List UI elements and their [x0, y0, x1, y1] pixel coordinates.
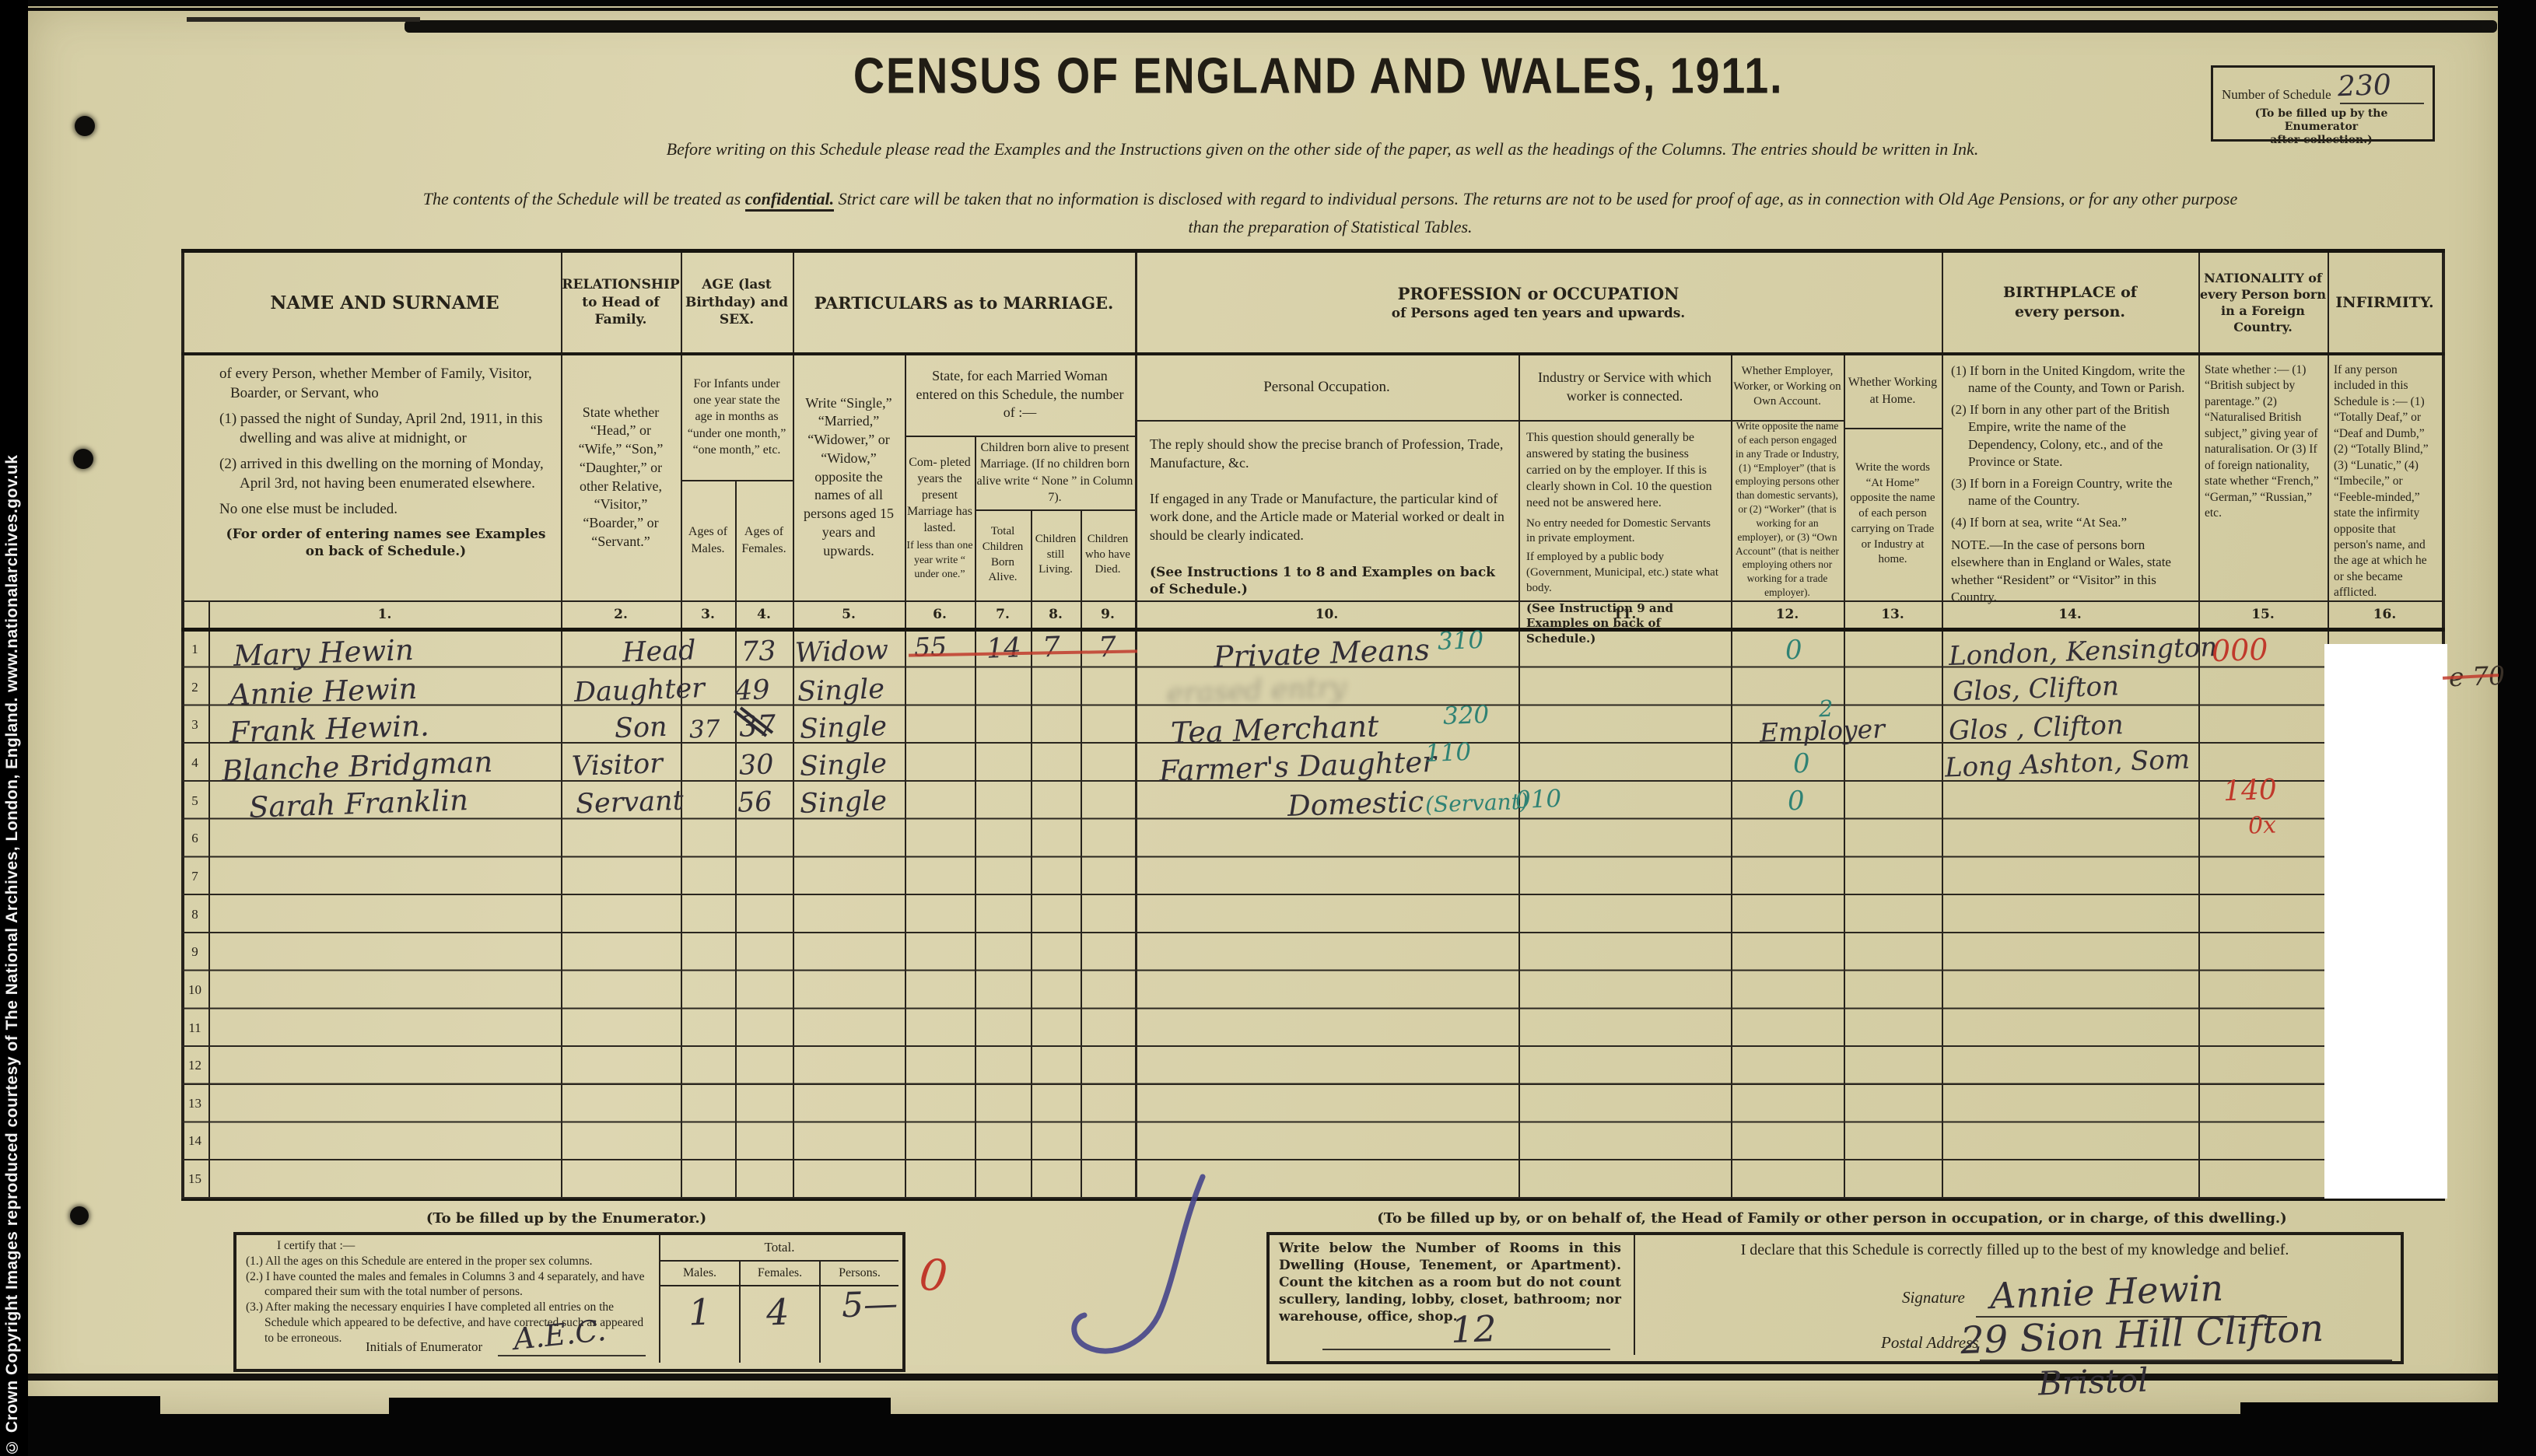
entry-children-died: 7 — [1098, 632, 1116, 664]
schedule-number-note: (To be filled up by the Enumerator after… — [2217, 107, 2426, 146]
entry-marital: Single — [797, 674, 884, 708]
entry-relationship: Visitor — [571, 748, 663, 782]
occupation-code: 110 — [1424, 738, 1471, 768]
entry-age-female: 73 — [741, 635, 776, 668]
copyright-text: © Crown Copyright Images reproduced cour… — [3, 9, 22, 1456]
punch-hole — [70, 1206, 89, 1225]
employer-code: 0 — [1785, 635, 1802, 667]
col-label-industry: Industry or Service with which worker is… — [1520, 355, 1729, 418]
col-label-occupation: Personal Occupation. — [1137, 355, 1517, 418]
entry-occupation: Tea Merchant — [1170, 709, 1379, 750]
entry-name: Annie Hewin — [229, 672, 418, 712]
col-desc-marital: Write “Single,” “Married,” “Widower,” or… — [794, 355, 903, 599]
col-desc-athome: Write the words “At Home” opposite the n… — [1845, 429, 1940, 599]
declaration-heading: (To be filled up by, or on behalf of, th… — [1266, 1207, 2398, 1229]
col-desc-ages-males: Ages of Males. — [682, 481, 734, 599]
signature-label: Signature — [1902, 1288, 1965, 1307]
col-title-infirmity: INFIRMITY. — [2329, 253, 2440, 352]
occupation-note: (Servant) — [1424, 789, 1529, 818]
rooms-value: 12 — [1450, 1307, 1497, 1351]
torn-edge — [28, 1396, 160, 1416]
entry-relationship: Head — [622, 635, 696, 668]
census-scan: © Crown Copyright Images reproduced cour… — [0, 0, 2536, 1456]
entry-age-female-struck: 37 — [738, 709, 776, 744]
col-desc-birthplace: (1) If born in the United Kingdom, write… — [1951, 362, 2189, 607]
torn-edge — [2240, 1402, 2498, 1416]
col-title-name: NAME AND SURNAME — [208, 253, 561, 352]
females-value: 4 — [765, 1291, 790, 1334]
totals-title: Total. — [660, 1237, 898, 1258]
entry-occupation-faded: erased entry — [1166, 672, 1347, 710]
entry-marital: Single — [799, 711, 887, 745]
entry-relationship: Son — [614, 712, 667, 744]
col-title-relationship: RELATIONSHIP to Head of Family. — [562, 253, 679, 352]
top-border-heavy — [405, 20, 2497, 33]
entry-age-male: 37 — [688, 715, 720, 744]
col-title-age: AGE (last Birthday) and SEX. — [682, 253, 791, 352]
entry-relationship: Daughter — [573, 673, 705, 709]
col-desc-infirmity: If any person included in this Schedule … — [2334, 362, 2436, 601]
occupation-code: 320 — [1442, 701, 1489, 730]
employer-code: 0 — [1787, 786, 1805, 817]
entry-children-living: 7 — [1042, 632, 1060, 664]
col-desc-children-living: Children still Living. — [1032, 511, 1079, 599]
punch-hole — [75, 116, 95, 136]
nationality-code: 0x — [2247, 811, 2276, 839]
persons-value: 5— — [841, 1284, 898, 1325]
entry-age-female: 56 — [737, 786, 772, 819]
col-desc-age-infants: For Infants under one year state the age… — [682, 355, 791, 478]
col-desc-ages-females: Ages of Females. — [737, 481, 791, 599]
nationality-code: 140 — [2223, 774, 2277, 807]
col-desc-children-born: Total Children Born Alive. — [976, 511, 1029, 599]
entry-children-born: 14 — [986, 632, 1021, 665]
confidential-underlined: confidential. — [745, 189, 834, 212]
totals-line — [659, 1260, 898, 1262]
col-label-employer: Whether Employer, Worker, or Working on … — [1732, 355, 1842, 418]
entry-relationship: Servant — [575, 786, 684, 821]
copyright-band: © Crown Copyright Images reproduced cour… — [0, 0, 28, 1456]
punch-hole — [73, 449, 93, 469]
red-zero-mark: 0 — [917, 1249, 950, 1302]
postal-address-city: Bristol — [2037, 1361, 2149, 1403]
entry-name: Mary Hewin — [233, 633, 414, 673]
schedule-number-label: Number of Schedule — [2222, 87, 2331, 103]
entry-age-female: 30 — [738, 749, 774, 782]
entry-birthplace: Glos , Clifton — [1948, 709, 2124, 747]
employer-code: 0 — [1792, 748, 1810, 780]
signature-value: Annie Hewin — [1989, 1267, 2224, 1317]
col-title-birthplace: BIRTHPLACE of every person. — [1943, 253, 2197, 352]
nationality-code: 000 — [2211, 632, 2268, 669]
entry-occupation: Domestic — [1287, 785, 1424, 823]
entry-name: Frank Hewin. — [229, 709, 429, 750]
entry-age-female: 49 — [734, 674, 770, 707]
top-border-scribble — [187, 17, 420, 22]
col-desc-nationality: State whether :— (1) “British subject by… — [2205, 362, 2321, 522]
redaction-box — [2324, 644, 2447, 1199]
col-title-nationality: NATIONALITY of every Person born in a Fo… — [2200, 253, 2326, 352]
col-desc-children-heading: Children born alive to present Marriage.… — [976, 437, 1133, 508]
entry-marital: Single — [799, 748, 887, 782]
declaration-box-divider — [1634, 1235, 1635, 1355]
males-label: Males. — [660, 1263, 739, 1283]
occupation-code: 010 — [1515, 785, 1561, 814]
entry-marital: Single — [799, 786, 887, 820]
col-label-athome: Whether Working at Home. — [1845, 355, 1940, 426]
persons-label: Persons. — [821, 1263, 898, 1283]
check-mark — [1058, 1171, 1245, 1388]
entry-birthplace: Glos, Clifton — [1952, 670, 2119, 707]
col-desc-relationship: State whether “Head,” or “Wife,” “Son,” … — [562, 355, 679, 599]
initials-label: Initials of Enumerator — [366, 1339, 482, 1355]
enumerator-heading: (To be filled up by the Enumerator.) — [233, 1207, 899, 1229]
col-desc-children-died: Children who have Died. — [1082, 511, 1133, 599]
col-desc-employer: Write opposite the name of each person e… — [1732, 420, 1842, 599]
col-desc-years-married: Com- pleted years the present Marriage h… — [906, 437, 973, 599]
col-title-profession: PROFESSION or OCCUPATION of Persons aged… — [1137, 253, 1940, 352]
schedule-number-line — [2340, 103, 2424, 104]
top-border — [28, 8, 2498, 11]
declaration-text: I declare that this Schedule is correctl… — [1641, 1238, 2388, 1262]
page-title: CENSUS OF ENGLAND AND WALES, 1911. — [436, 48, 2201, 103]
occupation-code: 310 — [1437, 626, 1483, 656]
instruction-line1: Before writing on this Schedule please r… — [327, 134, 2318, 165]
females-label: Females. — [741, 1263, 819, 1283]
col-desc-name: of every Person, whether Member of Famil… — [219, 364, 552, 560]
col-desc-married-woman: State, for each Married Woman entered on… — [906, 355, 1133, 434]
entry-marital: Widow — [794, 635, 888, 669]
entry-years-married: 55 — [913, 631, 947, 662]
col-title-marriage: PARTICULARS as to MARRIAGE. — [794, 253, 1133, 352]
instruction-line2: The contents of the Schedule will be tre… — [218, 185, 2443, 242]
employer-code: 2 — [1818, 695, 1834, 723]
schedule-number-value: 230 — [2337, 69, 2391, 103]
males-value: 1 — [688, 1291, 712, 1334]
col-desc-occupation: The reply should show the precise branch… — [1150, 436, 1504, 599]
torn-edge — [389, 1398, 891, 1416]
